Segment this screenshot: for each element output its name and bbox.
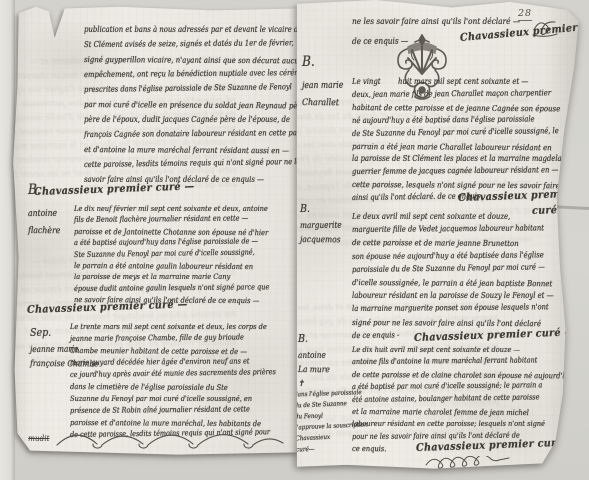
handwritten-line: marguerite: [300, 219, 342, 233]
left-page: Le vingt huit mars mil sept cent soixant…: [10, 4, 298, 456]
margin-note-baptism-charallet: B.jean marieCharallet: [302, 54, 351, 112]
handwritten-line: fils de Benoit flachère journalier résid…: [74, 213, 269, 226]
handwritten-line: été antoine astaine, boulanger habitant …: [352, 391, 567, 406]
handwritten-line: B.: [298, 332, 329, 346]
fleuron-stamp-icon: [395, 34, 449, 100]
handwritten-line: marguerite fille de Vedet jacquemos labo…: [352, 221, 551, 236]
signature-flourish: [424, 456, 560, 470]
margin-note-baptism-jacquemos: B.margueritejacquemos: [300, 202, 349, 247]
burial-record-chambe-text: Le trente mars mil sept cent soixante et…: [70, 321, 298, 441]
handwritten-line: Ste Suzanne du Fenoyl par moi curé d'ice…: [74, 246, 267, 260]
handwritten-line: paroissiale du de Ste Suzanne du Fenoyl …: [352, 260, 549, 276]
right-page: publication et bans à nous adressés par …: [294, 0, 586, 470]
margin-note-baptism-flachere: B.antoineflachère: [28, 182, 65, 240]
right-page-wrap: publication et bans à nous adressés par …: [294, 0, 586, 470]
left-page-wrap: Le vingt huit mars mil sept cent soixant…: [10, 4, 298, 456]
handwritten-line: de Ste Suzanne du Fenoyl par moi curé d'…: [352, 125, 567, 141]
handwritten-line: antoine: [28, 206, 60, 223]
baptism-record-charallet-text: Le vingt huit mars mil sept cent soixant…: [352, 76, 586, 205]
baptism-record-flachere-text: Le dix neuf février mil sept cent soixan…: [74, 203, 298, 306]
handwritten-line: antoine: [298, 349, 329, 363]
handwritten-line: prescrites dans l'église paroissiale de …: [84, 79, 298, 97]
handwritten-line: la marraine marguerite ponset son épouse…: [352, 301, 551, 316]
handwritten-line: jacquemos: [300, 233, 343, 247]
handwritten-line: jeanne marie françoise Chambe, fille de …: [70, 331, 278, 345]
margin-note-baptism-lamure: B.antoineLa mure✝: [298, 332, 334, 391]
marriage-record-text: publication et bans à nous adressés par …: [84, 22, 298, 187]
handwritten-line: flachère: [28, 223, 60, 240]
struck-out-word: mudit: [28, 434, 49, 443]
handwritten-line: antoine fils d'antoine la mure maréchal …: [352, 355, 570, 369]
handwritten-line: B.: [302, 54, 344, 71]
handwritten-line: B.: [28, 182, 60, 199]
handwritten-line: cette paroisse, lesdits témoins requis q…: [84, 154, 298, 172]
handwritten-line: Charallet: [302, 95, 344, 112]
handwritten-line: La mure: [298, 363, 330, 377]
handwritten-line: épouse dudit antoine gaulin lesquels n'o…: [74, 281, 269, 294]
folio-number: 28: [518, 8, 532, 21]
handwritten-line: ce jourd'huy après avoir été munie des s…: [70, 366, 276, 381]
signature-flourish: [55, 434, 287, 452]
handwritten-line: deux, jean marie fils de jean Charallet …: [352, 87, 570, 102]
baptism-record-jacquemos-text: Le deux avril mil sept cent soixante et …: [352, 210, 586, 342]
handwritten-line: St Clément avisés de seize, signés et da…: [84, 35, 298, 52]
handwritten-line: B.: [300, 202, 342, 216]
handwritten-line: guerrier femme de jacques cagnée laboure…: [352, 164, 570, 179]
handwritten-line: présence de St Robin aîné journalier rés…: [70, 403, 278, 417]
parish-register-scan: Le vingt huit mars mil sept cent soixant…: [0, 0, 589, 480]
handwritten-line: jean marie: [302, 78, 343, 95]
handwritten-line: par moi curé d'icelle en présence du sol…: [84, 97, 298, 113]
handwritten-line: françois Cagnée son donataire laboureur …: [84, 125, 298, 142]
